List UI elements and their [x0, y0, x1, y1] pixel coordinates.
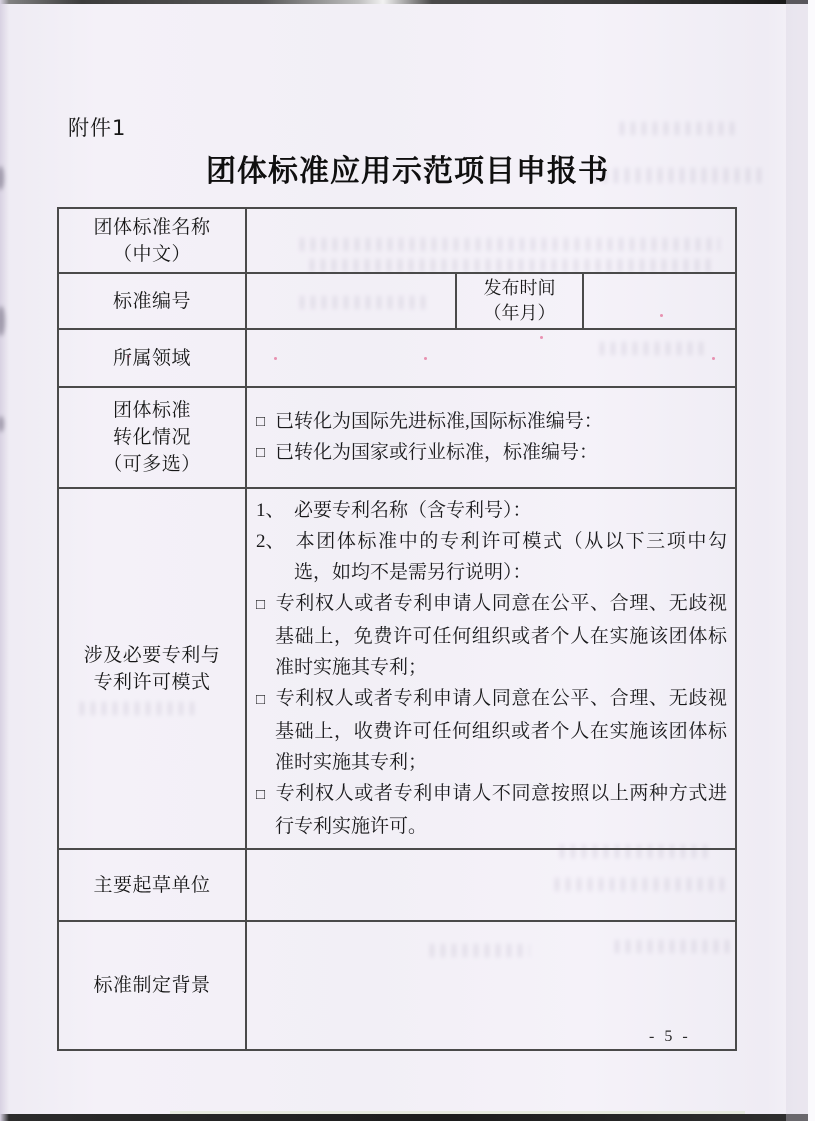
item-number: 2、 — [256, 526, 294, 557]
patent-license-option-paid: □专利权人或者专利申请人同意在公平、合理、无歧视基础上，收费许可任何组织或者个人… — [256, 683, 727, 778]
conversion-status-label: 团体标准 转化情况 （可多选） — [58, 387, 246, 488]
bleed-through-artifact — [620, 122, 740, 135]
field-value-cell — [246, 329, 736, 387]
patent-option-text: 专利权人或者专利申请人同意在公平、合理、无歧视基础上，免费许可任何组织或者个人在… — [275, 593, 727, 678]
scan-edge-top — [0, 0, 815, 4]
drafting-units-value-cell — [246, 849, 736, 921]
drafting-units-label: 主要起草单位 — [58, 849, 246, 921]
patent-item-text: 本团体标准中的专利许可模式（从以下三项中勾选，如均不是需另行说明）： — [294, 531, 727, 583]
patent-item-1: 1、必要专利名称（含专利号）： — [256, 495, 727, 526]
row-field: 所属领域 — [58, 329, 736, 387]
publish-date-value-cell — [583, 273, 736, 329]
patent-item-2: 2、本团体标准中的专利许可模式（从以下三项中勾选，如均不是需另行说明）： — [256, 526, 727, 588]
row-standard-number: 标准编号 发布时间 （年月） — [58, 273, 736, 329]
patent-option-text: 专利权人或者专利申请人不同意按照以上两种方式进行专利实施许可。 — [275, 783, 727, 837]
row-drafting-units: 主要起草单位 — [58, 849, 736, 921]
scan-edge-bottom — [0, 1114, 815, 1121]
standard-number-value-cell — [246, 273, 456, 329]
row-patents: 涉及必要专利与 专利许可模式 1、必要专利名称（含专利号）： 2、本团体标准中的… — [58, 488, 736, 849]
patent-item-text: 必要专利名称（含专利号）： — [294, 500, 532, 521]
row-standard-name-cn: 团体标准名称 （中文） — [58, 208, 736, 273]
checkbox-icon: □ — [256, 590, 275, 621]
conversion-status-options-cell: □已转化为国际先进标准,国际标准编号： □已转化为国家或行业标准，标准编号： — [246, 387, 736, 488]
conversion-option-label: 已转化为国家或行业标准，标准编号： — [275, 442, 598, 463]
conversion-option-national: □已转化为国家或行业标准，标准编号： — [256, 438, 727, 469]
checkbox-icon: □ — [256, 407, 275, 437]
page-number: - 5 - — [649, 1028, 691, 1046]
conversion-option-international: □已转化为国际先进标准,国际标准编号： — [256, 407, 727, 438]
row-background: 标准制定背景 — [58, 921, 736, 1050]
attachment-label: 附件1 — [68, 112, 126, 142]
patents-content-cell: 1、必要专利名称（含专利号）： 2、本团体标准中的专利许可模式（从以下三项中勾选… — [246, 488, 736, 849]
checkbox-icon: □ — [256, 685, 275, 716]
standard-name-cn-label: 团体标准名称 （中文） — [58, 208, 246, 273]
patent-option-text: 专利权人或者专利申请人同意在公平、合理、无歧视基础上，收费许可任何组织或者个人在… — [275, 688, 727, 773]
patent-license-option-refuse: □专利权人或者专利申请人不同意按照以上两种方式进行专利实施许可。 — [256, 778, 727, 842]
field-label: 所属领域 — [58, 329, 246, 387]
scan-bottom-light-band — [170, 1111, 745, 1114]
standard-name-cn-value-cell — [246, 208, 736, 273]
publish-date-label: 发布时间 （年月） — [456, 273, 583, 329]
scanned-document-page: 附件1 团体标准应用示范项目申报书 团体标准名称 （中文） 标准编号 发布时间 — [0, 0, 815, 1121]
row-conversion-status: 团体标准 转化情况 （可多选） □已转化为国际先进标准,国际标准编号： □已转化… — [58, 387, 736, 488]
conversion-option-label: 已转化为国际先进标准,国际标准编号： — [275, 411, 603, 432]
patent-license-option-free: □专利权人或者专利申请人同意在公平、合理、无歧视基础上，免费许可任何组织或者个人… — [256, 588, 727, 683]
standard-number-label: 标准编号 — [58, 273, 246, 329]
application-form-table: 团体标准名称 （中文） 标准编号 发布时间 （年月） 所属领域 — [57, 207, 737, 1051]
background-label: 标准制定背景 — [58, 921, 246, 1050]
checkbox-icon: □ — [256, 438, 275, 468]
checkbox-icon: □ — [256, 780, 275, 811]
item-number: 1、 — [256, 495, 294, 526]
patents-label: 涉及必要专利与 专利许可模式 — [58, 488, 246, 849]
page-title: 团体标准应用示范项目申报书 — [0, 146, 815, 190]
